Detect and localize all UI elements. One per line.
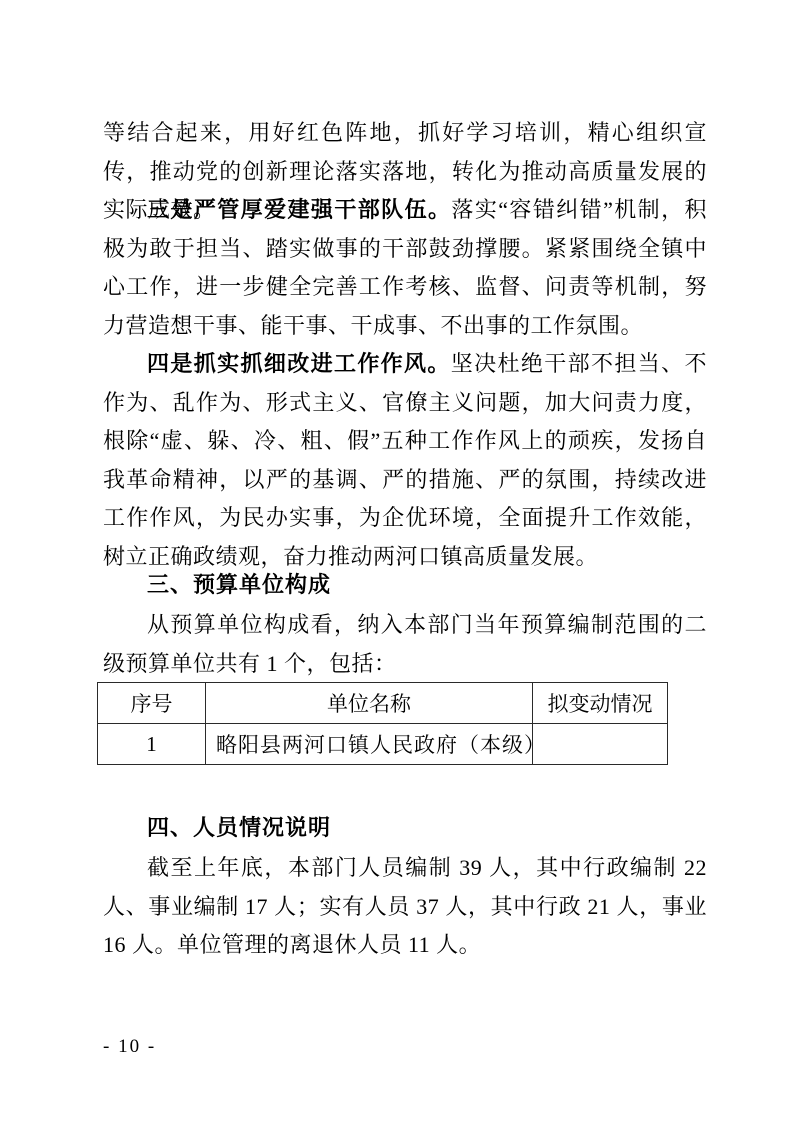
table-header-row: 序号 单位名称 拟变动情况 xyxy=(98,683,668,724)
paragraph-point-three-lead: 三是严管厚爱建强干部队伍。 xyxy=(147,197,451,222)
table-cell-proposed-change xyxy=(533,724,668,765)
table-cell-unit-name: 略阳县两河口镇人民政府（本级） xyxy=(206,724,533,765)
document-page: 等结合起来，用好红色阵地，抓好学习培训，精心组织宣传，推动党的创新理论落实落地，… xyxy=(0,0,793,1122)
section-heading-personnel: 四、人员情况说明 xyxy=(103,813,751,843)
table-cell-seq: 1 xyxy=(98,724,206,765)
table-row: 1 略阳县两河口镇人民政府（本级） xyxy=(98,724,668,765)
table-header-proposed-change: 拟变动情况 xyxy=(533,683,668,724)
budget-units-table: 序号 单位名称 拟变动情况 1 略阳县两河口镇人民政府（本级） xyxy=(97,682,668,765)
paragraph-point-three: 三是严管厚爱建强干部队伍。落实“容错纠错”机制，积极为敢于担当、踏实做事的干部鼓… xyxy=(103,191,707,345)
section-heading-budget-units: 三、预算单位构成 xyxy=(103,570,751,600)
table-header-unit-name: 单位名称 xyxy=(206,683,533,724)
paragraph-point-four-text: 坚决杜绝干部不担当、不作为、乱作为、形式主义、官僚主义问题，加大问责力度，根除“… xyxy=(103,351,707,569)
paragraph-point-four-lead: 四是抓实抓细改进工作作风。 xyxy=(147,351,451,376)
page-number: - 10 - xyxy=(103,1036,156,1058)
paragraph-point-four: 四是抓实抓细改进工作作风。坚决杜绝干部不担当、不作为、乱作为、形式主义、官僚主义… xyxy=(103,345,707,577)
table-header-seq: 序号 xyxy=(98,683,206,724)
budget-units-intro: 从预算单位构成看，纳入本部门当年预算编制范围的二级预算单位共有 1 个，包括： xyxy=(103,606,707,683)
personnel-paragraph: 截至上年底，本部门人员编制 39 人，其中行政编制 22 人、事业编制 17 人… xyxy=(103,849,707,965)
